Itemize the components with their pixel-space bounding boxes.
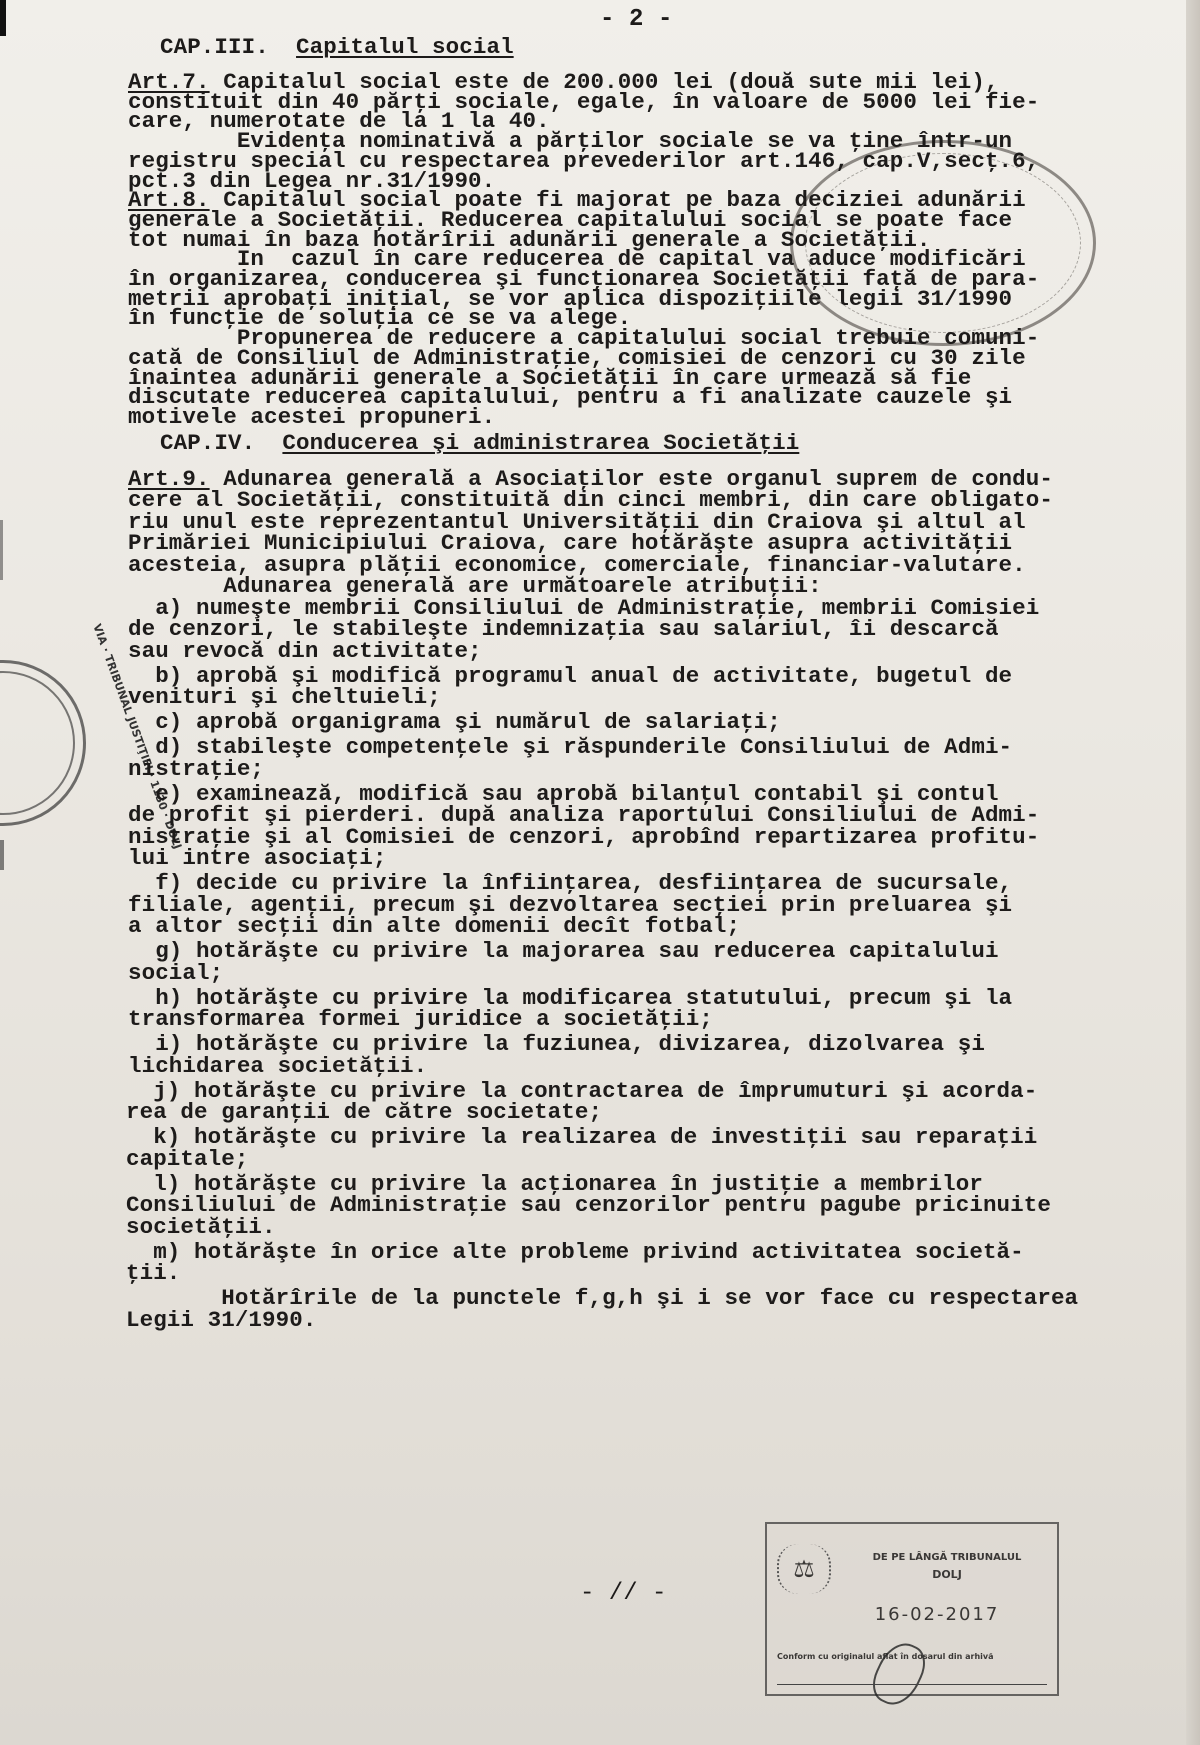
- chapter-4-heading-title: Conducerea şi administrarea Societăţii: [282, 430, 799, 456]
- article-9-line: j) hotărăşte cu privire la contractarea …: [126, 1082, 1037, 1101]
- article-9-line: social;: [128, 964, 223, 983]
- page-edge-right: [1186, 0, 1200, 1745]
- article-9-line: Art.9. Adunarea generală a Asociaţilor e…: [128, 470, 1053, 489]
- article-9-line: filiale, agenţii, precum şi dezvoltarea …: [128, 896, 1012, 915]
- stamp-signature-line: [777, 1684, 1047, 1685]
- article-9-line: l) hotărăşte cu privire la acţionarea în…: [126, 1175, 983, 1194]
- article-9-text: venituri şi cheltuieli;: [128, 684, 441, 710]
- article-9-line: Primăriei Municipiului Craiova, care hot…: [128, 534, 1012, 553]
- article-9-line: f) decide cu privire la înfiinţarea, des…: [128, 874, 1012, 893]
- article-9-line: g) hotărăşte cu privire la majorarea sau…: [128, 942, 999, 961]
- article-9-line: de cenzori, le stabileşte indemnizaţia s…: [128, 620, 999, 639]
- page-number: - 2 -: [600, 10, 673, 29]
- page-edge-mark: [0, 520, 3, 580]
- article-9-line: i) hotărăşte cu privire la fuziunea, div…: [128, 1035, 985, 1054]
- signature: [866, 1636, 933, 1713]
- article-9-line: acesteia, asupra plăţii economice, comer…: [128, 556, 1026, 575]
- article-9-text: transformarea formei juridice a societăţ…: [128, 1006, 713, 1032]
- stamp-date: 16-02-2017: [827, 1604, 1047, 1625]
- article-9-line: h) hotărăşte cu privire la modificarea s…: [128, 989, 1012, 1008]
- article-9-line: rea de garanţii de către societate;: [126, 1103, 602, 1122]
- article-9-line: e) examinează, modifică sau aprobă bilan…: [128, 785, 999, 804]
- article-9-line: societăţii.: [126, 1218, 276, 1237]
- chapter-3-heading: CAP.III. Capitalul social: [160, 38, 514, 57]
- round-stamp-left: [0, 660, 86, 826]
- article-9-text: rea de garanţii de către societate;: [126, 1099, 602, 1125]
- page-edge-mark: [0, 840, 4, 870]
- article-9-line: Consiliului de Administraţie sau cenzori…: [126, 1196, 1051, 1215]
- article-9-text: c) aprobă organigrama şi numărul de sala…: [128, 709, 781, 735]
- chapter-3-heading-title: Capitalul social: [296, 34, 514, 60]
- article-9-text: a altor secţii din alte domenii decît fo…: [128, 913, 740, 939]
- article-9-line: lichidarea societăţii.: [128, 1057, 427, 1076]
- article-9-line: c) aprobă organigrama şi numărul de sala…: [128, 713, 781, 732]
- certification-stamp: ⚖ DE PE LÂNGĂ TRIBUNALUL DOLJ 16-02-2017…: [765, 1522, 1059, 1696]
- chapter-4-heading: CAP.IV. Conducerea şi administrarea Soci…: [160, 434, 799, 453]
- stamp-organization: DE PE LÂNGĂ TRIBUNALUL: [847, 1552, 1047, 1563]
- article-9-text: capitale;: [126, 1146, 248, 1172]
- article-9-line: transformarea formei juridice a societăţ…: [128, 1010, 713, 1029]
- article-9-line: riu unul este reprezentantul Universităţ…: [128, 513, 1026, 532]
- article-8-text: motivele acestei propuneri.: [128, 404, 495, 430]
- article-9-text: lui intre asociaţi;: [128, 845, 386, 871]
- article-9-line: nistraţie;: [128, 760, 264, 779]
- article-9-line: nistraţie şi al Comisiei de cenzori, apr…: [128, 828, 1039, 847]
- article-9-line: a altor secţii din alte domenii decît fo…: [128, 917, 740, 936]
- article-9-text: nistraţie;: [128, 756, 264, 782]
- article-9-line: ţii.: [126, 1264, 180, 1283]
- article-9-text: lichidarea societăţii.: [128, 1053, 427, 1079]
- article-9-line: Legii 31/1990.: [126, 1311, 316, 1330]
- article-9-text: ţii.: [126, 1260, 180, 1286]
- end-mark: - // -: [580, 1580, 666, 1607]
- article-9-text: g) hotărăşte cu privire la majorarea sau…: [128, 938, 999, 964]
- article-9-line: cere al Societăţii, constituită din cinc…: [128, 491, 1053, 510]
- article-9-line: Adunarea generală are următoarele atribu…: [128, 577, 822, 596]
- chapter-4-heading-label: CAP.IV.: [160, 430, 282, 456]
- stamp-region: DOLJ: [847, 1568, 1047, 1581]
- article-9-text: k) hotărăşte cu privire la realizarea de…: [126, 1124, 1037, 1150]
- article-9-line: m) hotărăşte în orice alte probleme priv…: [126, 1243, 1024, 1262]
- page-edge-shadow: [0, 0, 6, 36]
- article-9-line: de profit şi pierderi. după analiza rapo…: [128, 806, 1039, 825]
- article-9-line: sau revocă din activitate;: [128, 642, 482, 661]
- article-9-line: Hotărîrile de la punctele f,g,h şi i se …: [126, 1289, 1078, 1308]
- article-9-line: a) numeşte membrii Consiliului de Admini…: [128, 599, 1039, 618]
- document-page: VIA · TRIBUNAL JUSTIŢIEI · 1130 · DOLJ -…: [0, 0, 1200, 1745]
- article-9-text: social;: [128, 960, 223, 986]
- article-9-line: lui intre asociaţi;: [128, 849, 386, 868]
- article-9-line: venituri şi cheltuieli;: [128, 688, 441, 707]
- article-9-line: k) hotărăşte cu privire la realizarea de…: [126, 1128, 1037, 1147]
- article-8-line: motivele acestei propuneri.: [128, 408, 495, 427]
- chapter-3-heading-label: CAP.III.: [160, 34, 296, 60]
- article-9-text: Legii 31/1990.: [126, 1307, 316, 1333]
- article-9-text: m) hotărăşte în orice alte probleme priv…: [126, 1239, 1024, 1265]
- article-9-line: b) aprobă şi modifică programul anual de…: [128, 667, 1012, 686]
- article-9-text: sau revocă din activitate;: [128, 638, 482, 664]
- article-9-text: societăţii.: [126, 1214, 276, 1240]
- article-9-line: capitale;: [126, 1150, 248, 1169]
- scales-emblem-icon: ⚖: [777, 1544, 831, 1594]
- article-9-line: d) stabileşte competenţele şi răspunderi…: [128, 738, 1012, 757]
